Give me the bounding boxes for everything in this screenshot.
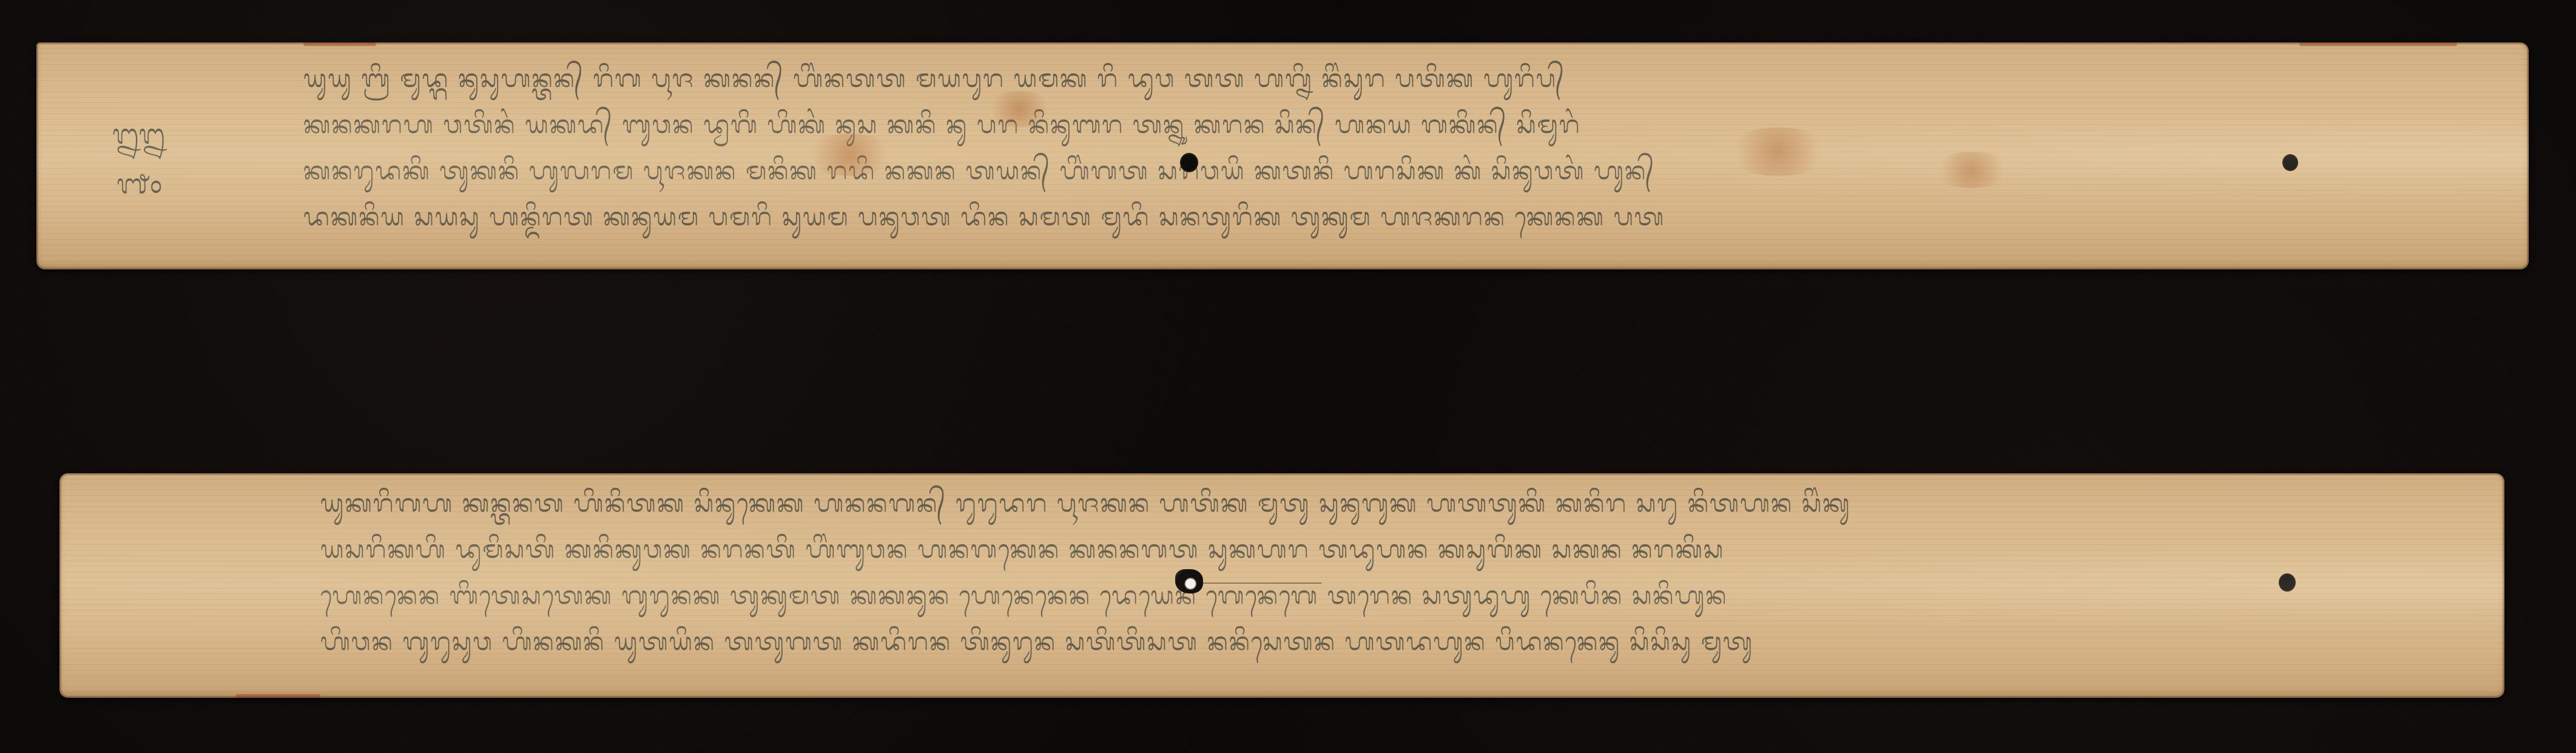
script-line: ᬓᬦᬓᬭᬳ ᬯᬢᬶᬦᬂ ᬬᬓᬤ᭄ ᬩᬸᬯᬦ ᬤ᭄ᬯᬕᬶ ᬳᬶᬓᬂ ᬦᬸᬲ ᬓᬦᬶ… (303, 102, 2275, 148)
string-hole-right (2279, 573, 2296, 592)
script-line: ᬬᬸᬬᬸ ᬩ᭄ᬭᬶ ᬫᬸᬤ᭄ᬕ ᬦᬸᬲᬸᬳᬦ᭄ᬢᬦ᭄ ᬭᬶᬕ ᬧᬹᬚ ᬓᬦᬦ᭄ … (303, 56, 2275, 102)
manuscript-text-block: ᬬᬸᬬᬸ ᬩ᭄ᬭᬶ ᬫᬸᬤ᭄ᬕ ᬦᬸᬲᬸᬳᬦ᭄ᬢᬦ᭄ ᬭᬶᬕ ᬧᬹᬚ ᬓᬦᬦ᭄ … (303, 56, 2275, 240)
script-line: ᬬᬸᬓᬭᬶᬕᬳ ᬓᬦ᭄ᬢᬦᬢ ᬳᬶᬦᬶᬢᬓ ᬲᬶᬦᬸᬓᬾᬓ ᬳᬦᬦᬕᬦ᭄ ᬭᬸᬭ… (320, 481, 2250, 527)
string-hole-right (2282, 154, 2298, 171)
foxing-stain (1723, 127, 1832, 176)
script-line: ᬳᬾᬦᬦᬾᬦ ᬩᬶᬢᬾᬲᬢᬾᬓ ᬕᬸᬭᬸᬦᬓ ᬢᬸᬓᬸᬫᬢ ᬓᬓᬦᬸᬦ ᬳᬾᬦᬾ… (320, 573, 2250, 619)
script-line: ᬳᬶᬯᬦ ᬕᬸᬭᬸᬲᬸᬯ ᬳᬶᬦᬓᬦᬶ ᬬᬸᬢᬬᬶᬦ ᬢᬢᬸᬕᬢ ᬓᬤᬶᬭᬦ ᬢ… (320, 619, 2250, 665)
script-line: ᬬᬲᬭᬶᬓᬳᬶ ᬤᬸᬫᬶᬲᬢᬶ ᬓᬦᬶᬓᬸᬯᬓ ᬦᬭᬦᬢᬶ ᬳᬶᬂᬩᬸᬯᬦ ᬳᬦ… (320, 527, 2250, 573)
leaf-edge-stain (303, 42, 376, 46)
leaf-edge-stain (235, 694, 320, 698)
leaf-number-marker: ᭑᭐ (116, 170, 163, 198)
foxing-stain (983, 91, 1056, 127)
hole-guide-line (1203, 582, 1321, 584)
foxing-stain (1929, 152, 2014, 188)
string-hole-center-torn (1175, 569, 1203, 593)
palm-leaf-upper: ᭒᭒ ᭑᭐ ᬬᬸᬬᬸ ᬩ᭄ᬭᬶ ᬫᬸᬤ᭄ᬕ ᬦᬸᬲᬸᬳᬦ᭄ᬢᬦ᭄ ᬭᬶᬕ ᬧᬹᬚ… (36, 42, 2529, 269)
script-line: ᬤᬓᬦᬶᬬ ᬲᬬᬲᬸ ᬳᬦ᭄ᬤᬶᬭᬢ ᬓᬦᬸᬬᬫ ᬧᬫᬭᬶ ᬲᬸᬬᬫ ᬧᬦᬸᬯᬢ… (303, 194, 2275, 240)
string-hole-center (1180, 153, 1198, 172)
palm-leaf-lower: ᬬᬸᬓᬭᬶᬕᬳ ᬓᬦ᭄ᬢᬦᬢ ᬳᬶᬦᬶᬢᬓ ᬲᬶᬦᬸᬓᬾᬓ ᬳᬦᬦᬕᬦ᭄ ᬭᬸᬭ… (59, 473, 2504, 698)
foxing-stain (801, 133, 898, 176)
leaf-edge-stain (2299, 42, 2457, 46)
manuscript-text-block: ᬬᬸᬓᬭᬶᬕᬳ ᬓᬦ᭄ᬢᬦᬢ ᬳᬶᬦᬶᬢᬓ ᬲᬶᬦᬸᬓᬾᬓ ᬳᬦᬦᬕᬦ᭄ ᬭᬸᬭ… (320, 481, 2250, 665)
leaf-number-marker: ᭒᭒ (112, 120, 165, 148)
